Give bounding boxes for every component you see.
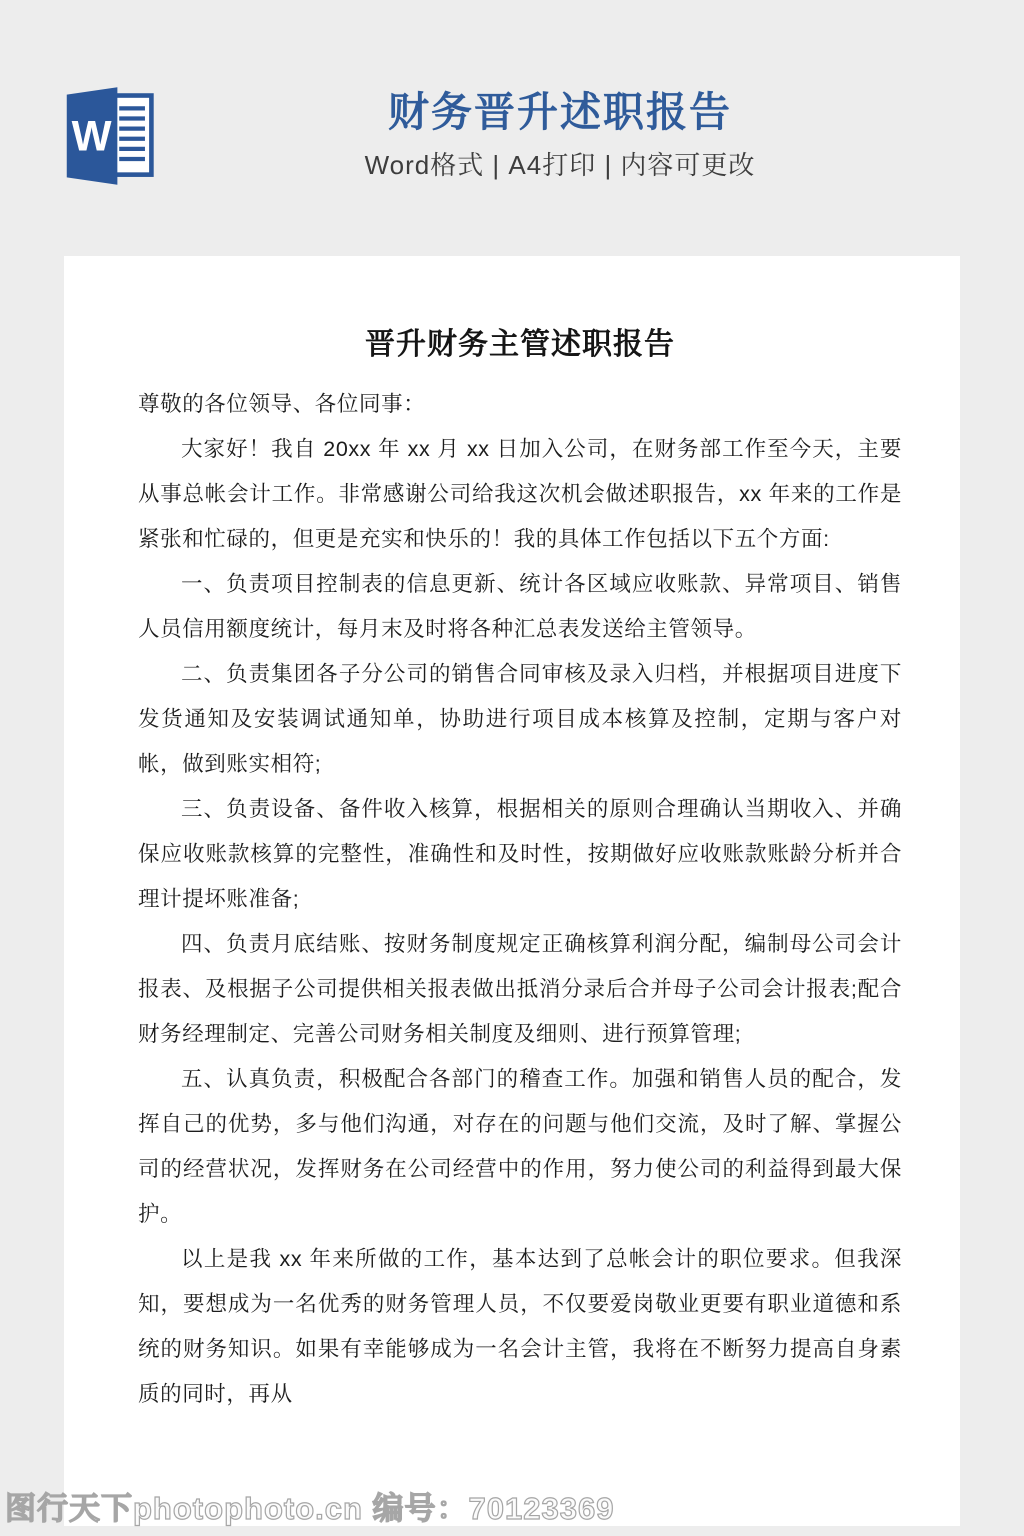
paragraph: 以上是我 xx 年来所做的工作，基本达到了总帐会计的职位要求。但我深知，要想成为… [138, 1237, 902, 1417]
word-icon-letter: W [72, 113, 112, 160]
document-title: 晋升财务主管述职报告 [138, 322, 902, 368]
template-title: 财务晋升述职报告 [300, 90, 820, 134]
template-preview: W 财务晋升述职报告 Word格式 | A4打印 | 内容可更改 晋升财务主管述… [0, 0, 1024, 1536]
paragraph: 大家好！我自 20xx 年 xx 月 xx 日加入公司，在财务部工作至今天，主要… [138, 427, 902, 562]
document-page: 晋升财务主管述职报告 尊敬的各位领导、各位同事： 大家好！我自 20xx 年 x… [64, 256, 960, 1526]
template-subtitle: Word格式 | A4打印 | 内容可更改 [300, 151, 820, 179]
paragraph: 一、负责项目控制表的信息更新、统计各区域应收账款、异常项目、销售人员信用额度统计… [138, 562, 902, 652]
paragraph: 四、负责月底结账、按财务制度规定正确核算利润分配，编制母公司会计报表、及根据子公… [138, 922, 902, 1057]
paragraph: 二、负责集团各子分公司的销售合同审核及录入归档，并根据项目进度下发货通知及安装调… [138, 652, 902, 787]
ms-word-icon: W [64, 86, 156, 186]
paragraph: 三、负责设备、备件收入核算，根据相关的原则合理确认当期收入、并确保应收账款核算的… [138, 787, 902, 922]
watermark-text: 图行天下photophoto.cn 编号：70123369 [5, 1483, 614, 1528]
paragraph: 五、认真负责，积极配合各部门的稽查工作。加强和销售人员的配合，发挥自己的优势，多… [138, 1057, 902, 1237]
document-body: 尊敬的各位领导、各位同事： 大家好！我自 20xx 年 xx 月 xx 日加入公… [138, 382, 902, 1417]
greeting-line: 尊敬的各位领导、各位同事： [138, 382, 902, 427]
header-text: 财务晋升述职报告 Word格式 | A4打印 | 内容可更改 [300, 90, 820, 179]
